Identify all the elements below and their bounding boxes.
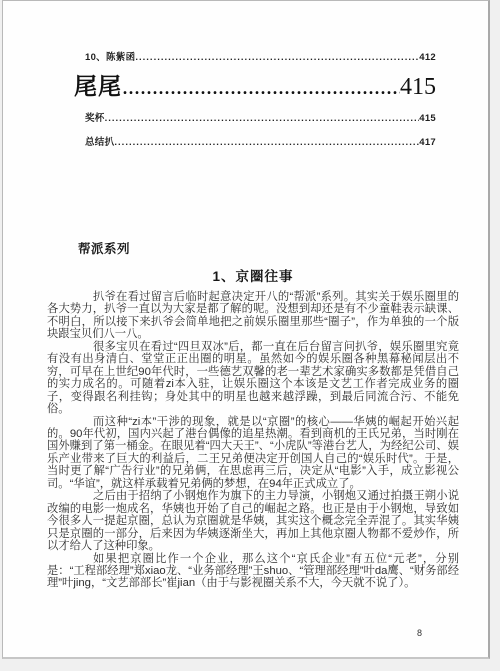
toc-entry[interactable]: 10、陈紫函 .................................… [74,49,436,63]
toc-entry-label: 10、陈紫函 [85,49,135,63]
page-number: 8 [417,628,422,638]
toc-entry-page: 417 [419,137,436,148]
toc-entry[interactable]: 奖杯 .....................................… [74,110,436,124]
toc-dot-leader: ........................................… [105,113,420,124]
toc-dot-leader: ........................................… [122,74,400,101]
table-of-contents: 10、陈紫函 .................................… [74,49,436,148]
toc-entry[interactable]: 总结扒 ....................................… [74,134,436,148]
toc-entry-label: 奖杯 [85,110,105,124]
paragraph: 之后由于招纳了小钢炮作为旗下的主力导演，小钢炮又通过拍摄王朔小说改编的电影一炮成… [47,490,459,552]
toc-dot-leader: ........................................… [114,137,419,148]
toc-entry-page: 412 [419,52,436,63]
paragraph: 扒爷在看过留言后临时起意决定开八的“帮派”系列。其实关于娱乐圈里的各大势力，扒爷… [47,291,459,341]
toc-dot-leader: ........................................… [135,52,419,63]
document-viewer: 10、陈紫函 .................................… [0,0,500,671]
paragraph: 很多宝贝在看过“四旦双冰”后，都一直在后台留言问扒爷，娱乐圈里究竟有没有出身清白… [47,341,459,416]
paragraph: 而这种“zi本”干涉的现象，就是以“京圈”的核心——华姨的崛起开始兴起的。90年… [47,416,459,491]
body-text: 扒爷在看过留言后临时起意决定开八的“帮派”系列。其实关于娱乐圈里的各大势力，扒爷… [47,291,459,590]
paragraph: 如果把京圈比作一个企业，那么这个“京氏企业”有五位“元老”，分别是：“工程部经理… [47,553,459,590]
document-page: 10、陈紫函 .................................… [2,0,490,659]
toc-entry-label: 尾尾 [74,68,122,101]
toc-entry-page: 415 [419,113,436,124]
toc-entry-label: 总结扒 [85,134,114,148]
chapter-heading: 1、京圈往事 [47,265,459,285]
toc-entry[interactable]: 尾尾 .....................................… [74,68,436,101]
toc-entry-page: 415 [400,74,436,101]
series-heading: 帮派系列 [78,239,130,257]
